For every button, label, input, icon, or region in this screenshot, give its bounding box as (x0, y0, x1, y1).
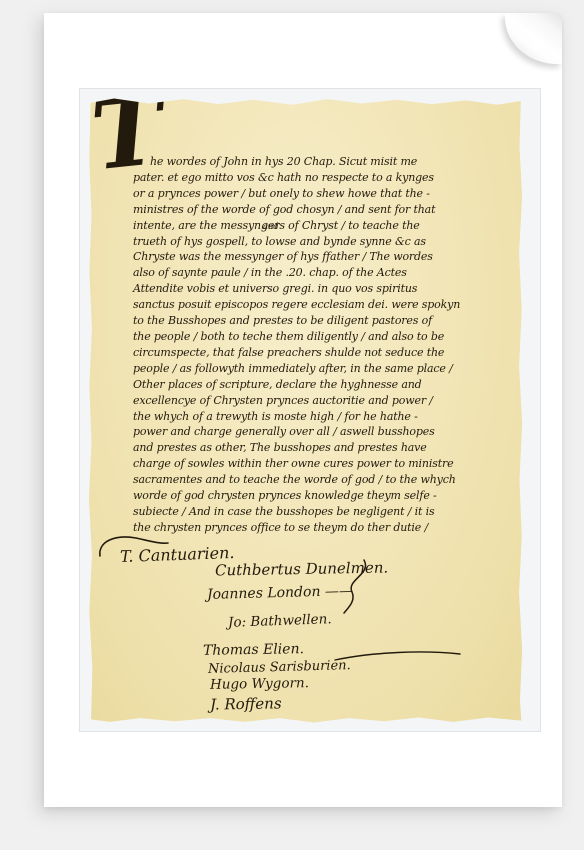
manuscript-line: circumspecte, that false preachers shuld… (133, 345, 519, 361)
manuscript-line: intente, are the messyngers of Chryst / … (133, 218, 519, 234)
signature-flourish (333, 648, 463, 664)
manuscript-line: sacramentes and to teache the worde of g… (133, 472, 519, 488)
signature-elien: Thomas Elien. (203, 641, 304, 659)
signature-bathwellen: Jo: Bathwellen. (228, 611, 332, 631)
signature-dunelmen: Cuthbertus Dunelmen. (215, 558, 388, 579)
manuscript-line: trueth of hys gospell, to lowse and bynd… (133, 234, 519, 250)
page-background: T he wordes of John in hys 20 Chap. Sicu… (0, 0, 584, 850)
manuscript-line: and prestes as other, The busshopes and … (133, 440, 519, 456)
manuscript-line: the whych of a trewyth is moste high / f… (133, 409, 519, 425)
signature-wygorn: Hugo Wygorn. (210, 675, 309, 693)
manuscript-line: pater. et ego mitto vos &c hath no respe… (133, 170, 519, 186)
manuscript-line: to the Busshopes and prestes to be dilig… (133, 313, 519, 329)
signature-roffens: J. Roffens (210, 694, 282, 713)
manuscript-body: he wordes of John in hys 20 Chap. Sicut … (133, 154, 519, 536)
manuscript-line: people / as followyth immediately after,… (133, 361, 519, 377)
manuscript-line: excellencye of Chrysten prynces auctorit… (133, 393, 519, 409)
manuscript-line: the chrysten prynces office to se theym … (133, 520, 519, 536)
manuscript-line: or a prynces power / but onely to shew h… (133, 186, 519, 202)
print-sheet: T he wordes of John in hys 20 Chap. Sicu… (44, 13, 562, 807)
manuscript-photo: T he wordes of John in hys 20 Chap. Sicu… (79, 88, 541, 732)
manuscript-line: worde of god chrysten prynces knowledge … (133, 488, 519, 504)
manuscript-line: power and charge generally over all / as… (133, 424, 519, 440)
interlinear-insertion: and (263, 223, 279, 232)
manuscript-line: Chryste was the messynger of hys ffather… (133, 249, 519, 265)
manuscript-line: the people / both to teche them diligent… (133, 329, 519, 345)
manuscript-line: charge of sowles within ther owne cures … (133, 456, 519, 472)
signature-sarisburien: Nicolaus Sarisburien. (208, 658, 351, 677)
manuscript-line: Attendite vobis et universo gregi. in qu… (133, 281, 519, 297)
manuscript-line: sanctus posuit episcopos regere ecclesia… (133, 297, 519, 313)
manuscript-line: subiecte / And in case the busshopes be … (133, 504, 519, 520)
parchment: T he wordes of John in hys 20 Chap. Sicu… (88, 96, 523, 725)
manuscript-line: he wordes of John in hys 20 Chap. Sicut … (133, 154, 519, 170)
manuscript-line: also of saynte paule / in the .20. chap.… (133, 265, 519, 281)
manuscript-line: Other places of scripture, declare the h… (133, 377, 519, 393)
signature-london: Joannes London —— (207, 583, 353, 603)
manuscript-line: ministres of the worde of god chosyn / a… (133, 202, 519, 218)
